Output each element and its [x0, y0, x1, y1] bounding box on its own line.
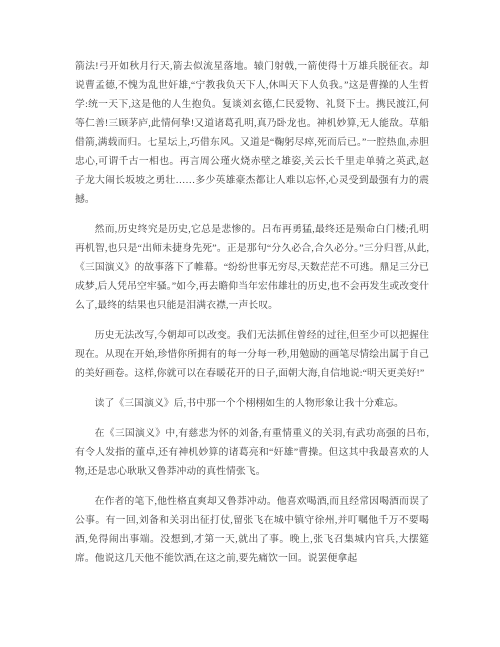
paragraph-2: 然而,历史终究是历史,它总是悲惨的。吕布再勇猛,最终还是殒命白门楼;孔明再机智,…	[75, 220, 429, 315]
paragraph-6: 在作者的笔下,他性格直爽却又鲁莽冲动。他喜欢喝酒,而且经常因喝酒而误了公事。有一…	[75, 492, 429, 568]
paragraph-4: 读了《三国演义》后,书中那一个个栩栩如生的人物形象让我十分难忘。	[75, 394, 429, 413]
document-body: 箭法!弓开如秋月行天,箭去似流星落地。辕门射戟,一箭使得十万雄兵脱征衣。却说曹孟…	[75, 57, 429, 568]
paragraph-5: 在《三国演义》中,有慈悲为怀的刘备,有重情重义的关羽,有武功高强的吕布,有令人发…	[75, 424, 429, 481]
paragraph-1: 箭法!弓开如秋月行天,箭去似流星落地。辕门射戟,一箭使得十万雄兵脱征衣。却说曹孟…	[75, 57, 429, 209]
paragraph-3: 历史无法改写,今朝却可以改变。我们无法抓住曾经的过往,但至少可以把握住现在。从现…	[75, 326, 429, 383]
document-page: 箭法!弓开如秋月行天,箭去似流星落地。辕门射戟,一箭使得十万雄兵脱征衣。却说曹孟…	[0, 0, 500, 647]
